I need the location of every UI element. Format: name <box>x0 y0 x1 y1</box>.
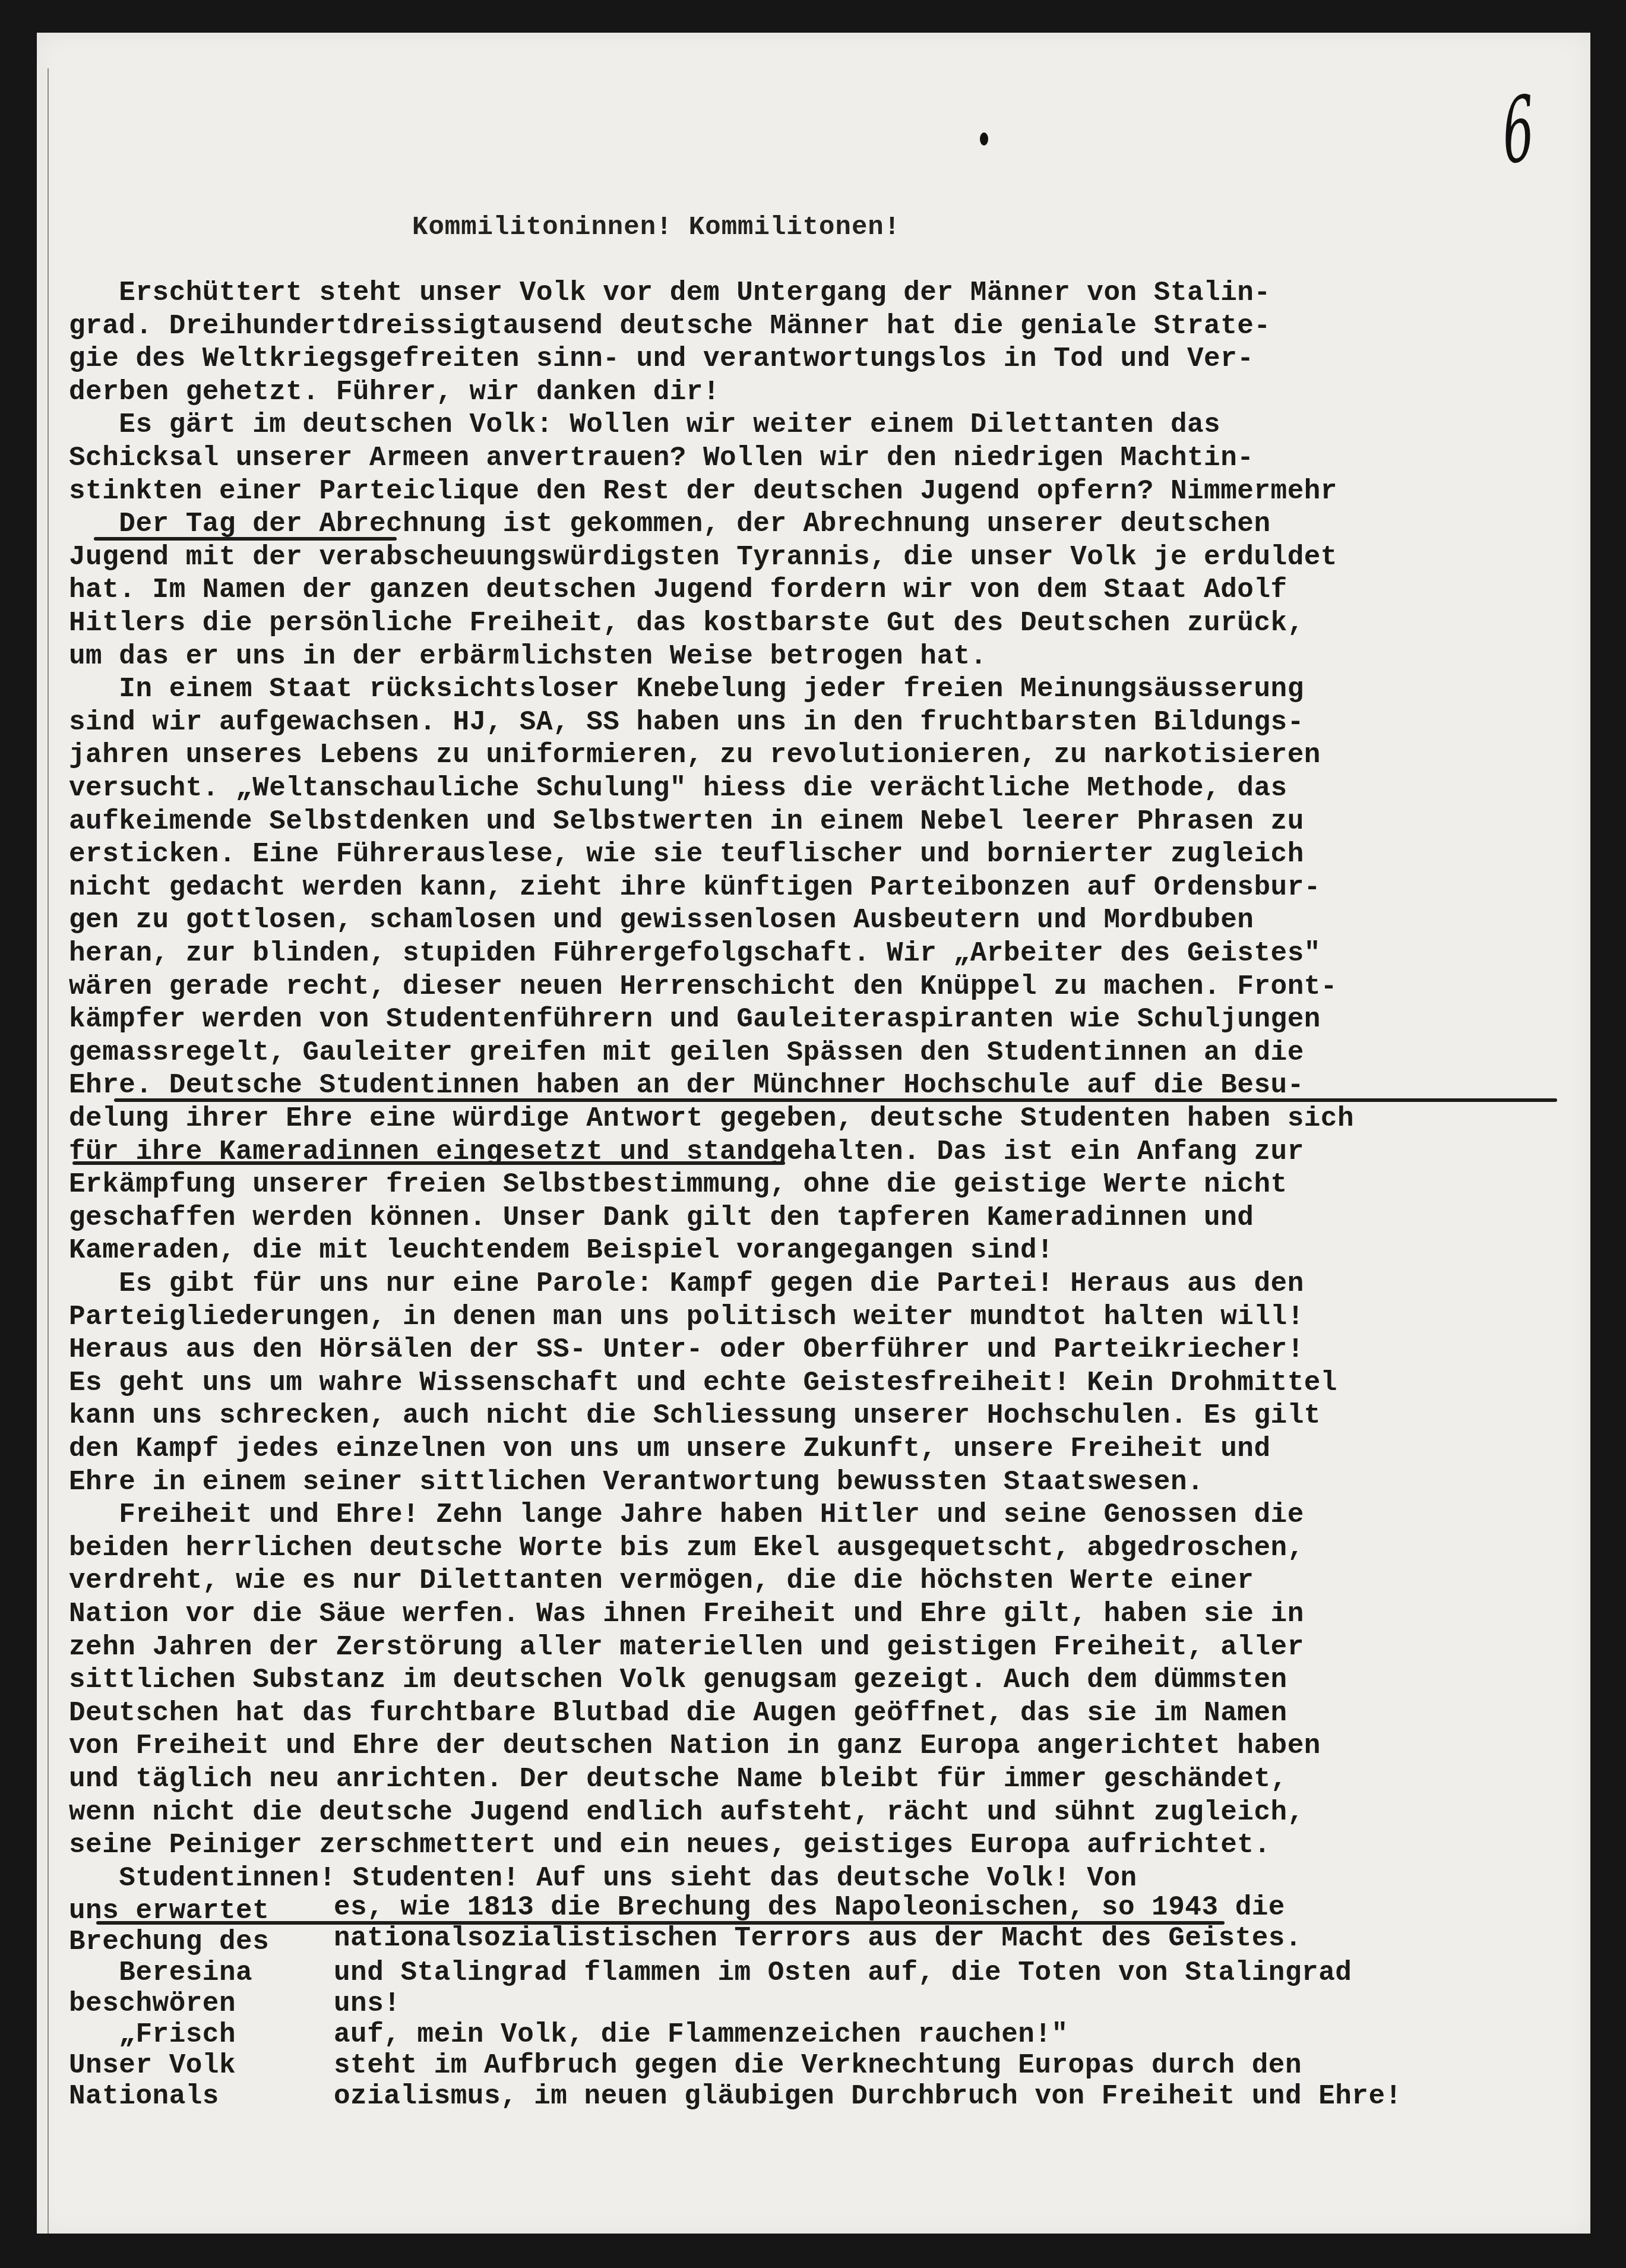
closing-left-fragment: uns erwartet <box>69 1894 269 1928</box>
closing-left-fragment: beschwören <box>69 1987 236 2020</box>
text-line: Ehre in einem seiner sittlichen Verantwo… <box>69 1465 1204 1499</box>
closing-left-fragment: Brechung des <box>69 1925 269 1959</box>
closing-right-fragment: uns! <box>334 1987 400 2020</box>
closing-right-fragment: steht im Aufbruch gegen die Verknechtung… <box>334 2049 1302 2082</box>
text-line: Studentinnen! Studenten! Auf uns sieht d… <box>69 1862 1137 1895</box>
text-line: delung ihrer Ehre eine würdige Antwort g… <box>69 1102 1354 1135</box>
text-line: den Kampf jedes einzelnen von uns um uns… <box>69 1432 1271 1465</box>
closing-right-fragment: nationalsozialistischen Terrors aus der … <box>334 1922 1302 1955</box>
text-line: Es geht uns um wahre Wissenschaft und ec… <box>69 1366 1337 1400</box>
text-line: um das er uns in der erbärmlichsten Weis… <box>69 640 987 673</box>
text-line: hat. Im Namen der ganzen deutschen Jugen… <box>69 573 1287 607</box>
closing-right-fragment: es, wie 1813 die Brechung des Napoleonis… <box>334 1891 1285 1924</box>
text-line: seine Peiniger zerschmettert und ein neu… <box>69 1828 1271 1862</box>
text-line: Deutschen hat das furchtbare Blutbad die… <box>69 1697 1287 1730</box>
text-line: verdreht, wie es nur Dilettanten vermöge… <box>69 1564 1254 1597</box>
ink-dot <box>980 132 988 146</box>
text-line: Erkämpfung unserer freien Selbstbestimmu… <box>69 1168 1287 1201</box>
text-line: von Freiheit und Ehre der deutschen Nati… <box>69 1729 1321 1762</box>
closing-right-fragment: ozialismus, im neuen gläubigen Durchbruc… <box>334 2080 1402 2113</box>
text-line: nicht gedacht werden kann, zieht ihre kü… <box>69 871 1321 904</box>
text-line: wären gerade recht, dieser neuen Herrens… <box>69 970 1337 1003</box>
text-line: stinkten einer Parteiclique den Rest der… <box>69 475 1337 508</box>
text-line: Nation vor die Säue werfen. Was ihnen Fr… <box>69 1597 1304 1631</box>
text-line: Ehre. Deutsche Studentinnen haben an der… <box>69 1069 1304 1102</box>
leaflet-title: Kommilitoninnen! Kommilitonen! <box>412 211 900 244</box>
text-line: Hitlers die persönliche Freiheit, das ko… <box>69 607 1304 640</box>
text-line: Jugend mit der verabscheuungswürdigsten … <box>69 541 1337 574</box>
text-line: kämpfer werden von Studentenführern und … <box>69 1003 1321 1036</box>
text-line: derben gehetzt. Führer, wir danken dir! <box>69 375 720 409</box>
text-line: Schicksal unserer Armeen anvertrauen? Wo… <box>69 441 1254 475</box>
text-line: Erschüttert steht unser Volk vor dem Unt… <box>69 276 1271 309</box>
text-line: Parteigliederungen, in denen man uns pol… <box>69 1300 1304 1334</box>
text-line: beiden herrlichen deutsche Worte bis zum… <box>69 1531 1304 1565</box>
text-line: Kameraden, die mit leuchtendem Beispiel … <box>69 1234 1054 1267</box>
text-line: grad. Dreihundertdreissigtausend deutsch… <box>69 309 1271 343</box>
text-line: ersticken. Eine Führerauslese, wie sie t… <box>69 838 1304 871</box>
underline-mark <box>94 537 397 541</box>
text-line: wenn nicht die deutsche Jugend endlich a… <box>69 1796 1304 1829</box>
underline-mark <box>72 1161 785 1165</box>
text-line: sittlichen Substanz im deutschen Volk ge… <box>69 1663 1287 1697</box>
text-line: aufkeimende Selbstdenken und Selbstwerte… <box>69 805 1304 838</box>
handwritten-page-number: 6 <box>1500 76 1536 185</box>
text-line: Freiheit und Ehre! Zehn lange Jahre habe… <box>69 1498 1304 1531</box>
text-line: geschaffen werden können. Unser Dank gil… <box>69 1201 1254 1234</box>
text-line: kann uns schrecken, auch nicht die Schli… <box>69 1399 1321 1432</box>
closing-right-fragment: auf, mein Volk, die Flammenzeichen rauch… <box>334 2018 1068 2051</box>
closing-left-fragment: „Frisch <box>69 2018 236 2051</box>
closing-right-fragment: und Stalingrad flammen im Osten auf, die… <box>334 1956 1352 1989</box>
text-line: sind wir aufgewachsen. HJ, SA, SS haben … <box>69 706 1304 739</box>
text-line: In einem Staat rücksichtsloser Knebelung… <box>69 672 1304 706</box>
underline-mark <box>114 1098 1557 1102</box>
closing-left-fragment: Nationals <box>69 2080 219 2113</box>
text-line: Es gärt im deutschen Volk: Wollen wir we… <box>69 408 1220 441</box>
text-line: und täglich neu anrichten. Der deutsche … <box>69 1762 1287 1796</box>
text-line: Der Tag der Abrechnung ist gekommen, der… <box>69 507 1271 541</box>
closing-left-fragment: Beresina <box>69 1956 252 1989</box>
text-line: versucht. „Weltanschauliche Schulung" hi… <box>69 772 1287 805</box>
leaflet-page: 6 Kommilitoninnen! Kommilitonen! Erschüt… <box>37 33 1590 2234</box>
text-line: gemassregelt, Gauleiter greifen mit geil… <box>69 1036 1304 1069</box>
text-line: zehn Jahren der Zerstörung aller materie… <box>69 1631 1304 1664</box>
text-line: gie des Weltkriegsgefreiten sinn- und ve… <box>69 342 1254 375</box>
closing-left-fragment: Unser Volk <box>69 2049 236 2082</box>
text-line: heran, zur blinden, stupiden Führergefol… <box>69 937 1321 970</box>
text-line: gen zu gottlosen, schamlosen und gewisse… <box>69 904 1254 937</box>
text-line: jahren unseres Lebens zu uniformieren, z… <box>69 738 1321 772</box>
text-line: Heraus aus den Hörsälen der SS- Unter- o… <box>69 1333 1304 1366</box>
text-line: Es gibt für uns nur eine Parole: Kampf g… <box>69 1267 1304 1300</box>
